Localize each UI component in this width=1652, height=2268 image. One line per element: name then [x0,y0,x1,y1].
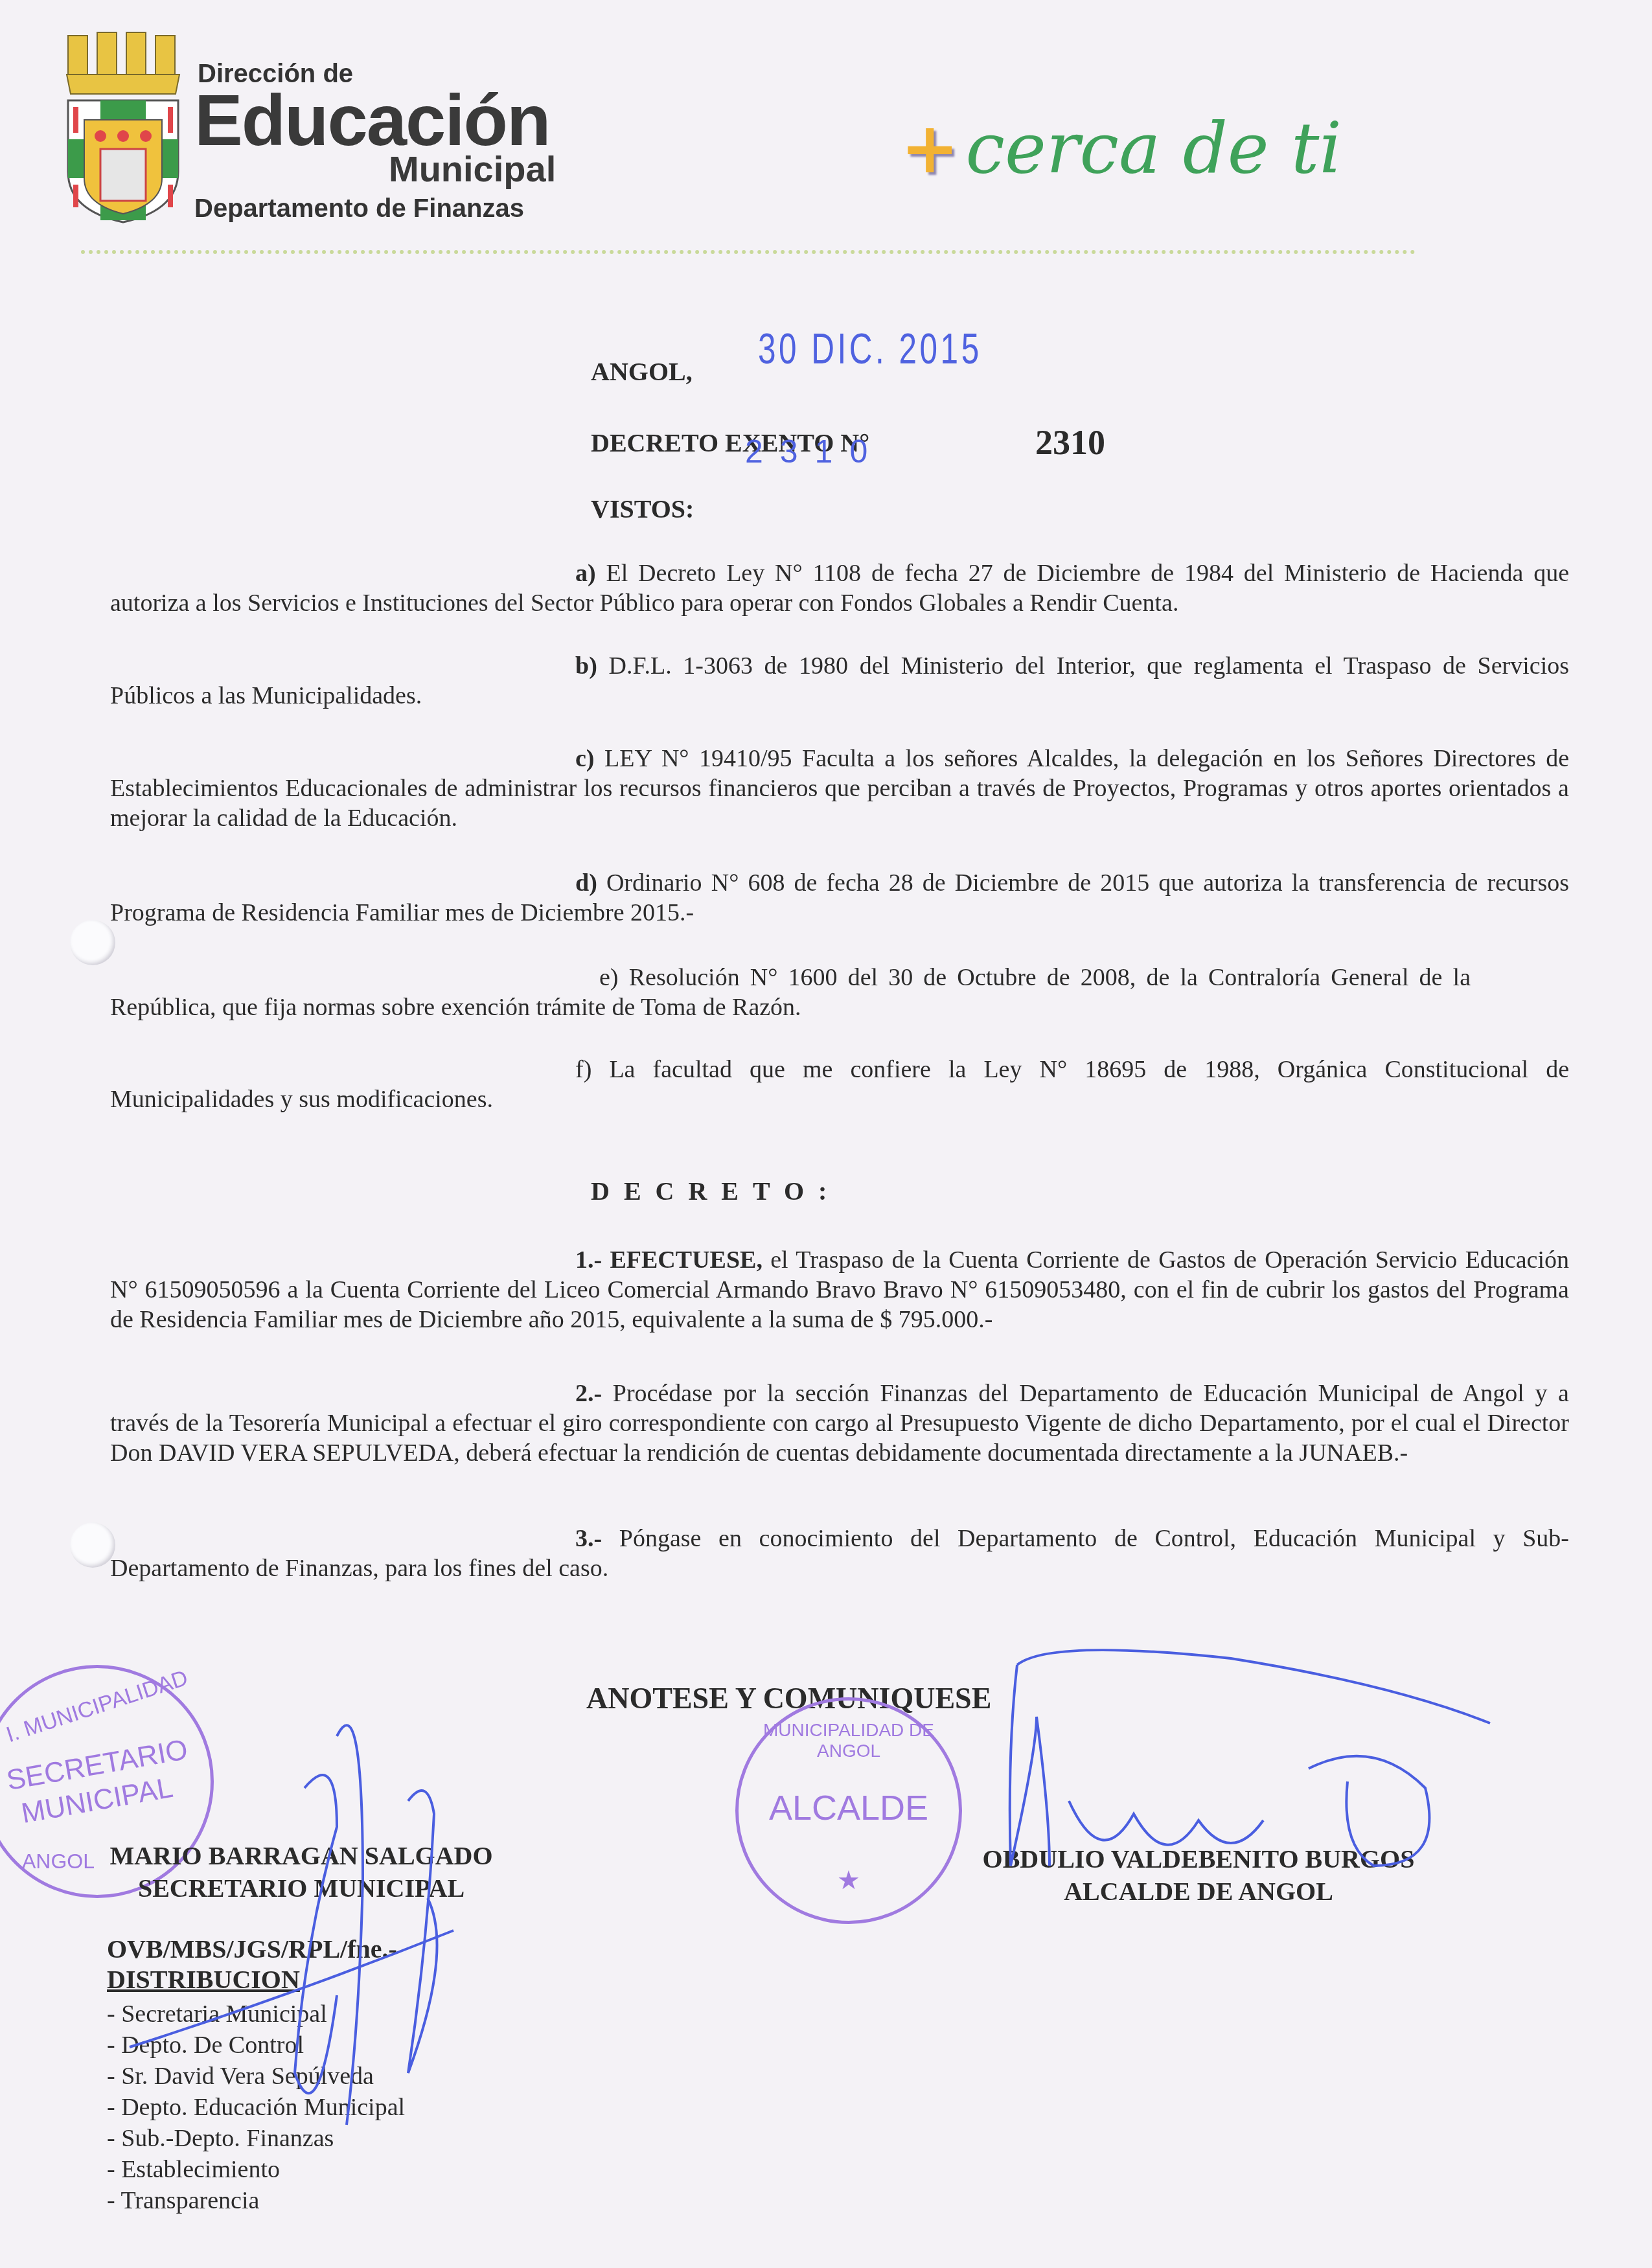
mayor-seal: MUNICIPALIDAD DE ANGOL ALCALDE ★ [735,1697,962,1924]
list-item: - Sub.-Depto. Finanzas [107,2123,405,2154]
article-1: 1.- EFECTUESE, el Traspaso de la Cuenta … [110,1245,1569,1334]
closing-formula: ANOTESE Y COMUNIQUESE [586,1681,991,1715]
list-item: - Transparencia [107,2185,405,2216]
visto-f: f) La facultad que me confiere la Ley N°… [110,1055,1569,1114]
letterhead-department: Departamento de Finanzas [194,194,524,223]
letterhead-title: Educación [194,84,549,157]
list-item: - Establecimiento [107,2154,405,2185]
visto-e: e) Resolución N° 1600 del 30 de Octubre … [110,963,1471,1022]
secretary-name: MARIO BARRAGAN SALGADO [107,1840,496,1872]
article-2: 2.- Procédase por la sección Finanzas de… [110,1379,1569,1468]
distribution-list: - Secretaria Municipal - Depto. De Contr… [107,1999,405,2216]
visto-c: c) LEY N° 19410/95 Faculta a los señores… [110,744,1569,833]
letterhead-line-3: Municipal [389,148,556,190]
decree-number-stamp: 2310 [745,433,884,470]
secretary-title: SECRETARIO MUNICIPAL [107,1872,496,1905]
signature-block-mayor: OBDULIO VALDEBENITO BURGOS ALCALDE DE AN… [965,1843,1432,1908]
list-item: - Depto. De Control [107,2030,405,2061]
star-icon: ★ [739,1866,959,1896]
mayor-title: ALCALDE DE ANGOL [965,1875,1432,1908]
header-divider [81,250,1416,254]
punch-hole [70,920,115,965]
decreto-heading: DECRETO: [591,1176,841,1206]
municipal-coat-of-arms-icon [62,29,185,223]
visto-b: b) D.F.L. 1-3063 de 1980 del Ministerio … [110,651,1569,711]
date-stamp: 30 DIC. 2015 [758,324,982,373]
list-item: - Sr. David Vera Sepúlveda [107,2061,405,2092]
decree-number: 2310 [1035,422,1105,463]
article-3: 3.- Póngase en conocimiento del Departam… [110,1524,1569,1583]
slogan: +cerca de ti [901,113,1342,184]
distribution-heading: DISTRIBUCION [107,1964,300,1995]
mayor-name: OBDULIO VALDEBENITO BURGOS [965,1843,1432,1875]
vistos-heading: VISTOS: [591,494,694,524]
list-item: - Depto. Educación Municipal [107,2092,405,2123]
visto-d: d) Ordinario N° 608 de fecha 28 de Dicie… [110,868,1569,928]
city-label: ANGOL, [591,356,693,387]
punch-hole [70,1522,115,1568]
plus-icon: + [901,108,959,189]
visto-a: a) El Decreto Ley N° 1108 de fecha 27 de… [110,558,1569,618]
slogan-text: cerca de ti [966,108,1342,189]
signature-block-secretary: MARIO BARRAGAN SALGADO SECRETARIO MUNICI… [107,1840,496,1905]
list-item: - Secretaria Municipal [107,1999,405,2030]
reference-initials: OVB/MBS/JGS/RPL/fne.- [107,1934,397,1964]
